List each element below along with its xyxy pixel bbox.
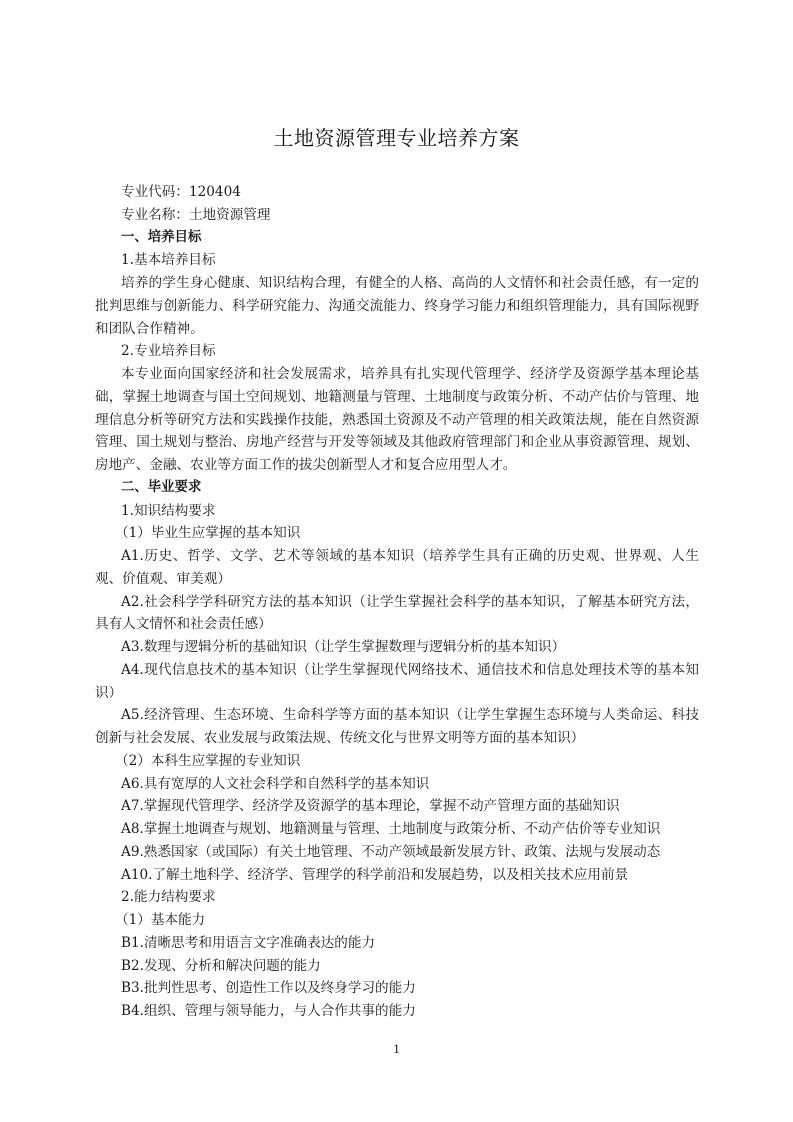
subheading-professional-knowledge: （2）本科生应掌握的专业知识 <box>95 750 699 773</box>
paragraph-basic-objective: 培养的学生身心健康、知识结构合理，有健全的人格、高尚的人文情怀和社会责任感，有一… <box>95 272 699 340</box>
paragraph-professional-objective: 本专业面向国家经济和社会发展需求，培养具有扎实现代管理学、经济学及资源学基本理论… <box>95 363 699 477</box>
document-body: 专业代码：120404 专业名称：土地资源管理 一、培养目标 1.基本培养目标 … <box>95 181 699 1023</box>
knowledge-item: A3.数理与逻辑分析的基础知识（让学生掌握数理与逻辑分析的基本知识） <box>95 636 699 659</box>
knowledge-item: A1.历史、哲学、文学、艺术等领域的基本知识（培养学生具有正确的历史观、世界观、… <box>95 545 699 591</box>
ability-item: B1.清晰思考和用语言文字准确表达的能力 <box>95 932 699 955</box>
knowledge-item: A7.掌握现代管理学、经济学及资源学的基本理论，掌握不动产管理方面的基础知识 <box>95 795 699 818</box>
document-page: 土地资源管理专业培养方案 专业代码：120404 专业名称：土地资源管理 一、培… <box>0 0 793 1122</box>
knowledge-item: A5.经济管理、生态环境、生命科学等方面的基本知识（让学生掌握生态环境与人类命运… <box>95 704 699 750</box>
ability-item: B2.发现、分析和解决问题的能力 <box>95 955 699 978</box>
subheading-professional-objective: 2.专业培养目标 <box>95 340 699 363</box>
subheading-knowledge-structure: 1.知识结构要求 <box>95 500 699 523</box>
knowledge-item: A8.掌握土地调查与规划、地籍测量与管理、土地制度与政策分析、不动产估价等专业知… <box>95 818 699 841</box>
major-name: 专业名称：土地资源管理 <box>95 204 699 227</box>
section-heading-objectives: 一、培养目标 <box>95 227 699 250</box>
knowledge-item: A2.社会科学学科研究方法的基本知识（让学生掌握社会科学的基本知识，了解基本研究… <box>95 591 699 637</box>
subheading-basic-objective: 1.基本培养目标 <box>95 249 699 272</box>
ability-item: B4.组织、管理与领导能力，与人合作共事的能力 <box>95 1000 699 1023</box>
knowledge-item: A9.熟悉国家（或国际）有关土地管理、不动产领域最新发展方针、政策、法规与发展动… <box>95 841 699 864</box>
page-number: 1 <box>0 1041 793 1057</box>
subheading-basic-knowledge: （1）毕业生应掌握的基本知识 <box>95 522 699 545</box>
subheading-basic-ability: （1）基本能力 <box>95 909 699 932</box>
knowledge-item: A6.具有宽厚的人文社会科学和自然科学的基本知识 <box>95 773 699 796</box>
section-heading-graduation-requirements: 二、毕业要求 <box>95 477 699 500</box>
knowledge-item: A4.现代信息技术的基本知识（让学生掌握现代网络技术、通信技术和信息处理技术等的… <box>95 659 699 705</box>
major-code: 专业代码：120404 <box>95 181 699 204</box>
ability-item: B3.批判性思考、创造性工作以及终身学习的能力 <box>95 977 699 1000</box>
subheading-ability-structure: 2.能力结构要求 <box>95 886 699 909</box>
knowledge-item: A10.了解土地科学、经济学、管理学的科学前沿和发展趋势，以及相关技术应用前景 <box>95 864 699 887</box>
document-title: 土地资源管理专业培养方案 <box>0 122 793 151</box>
